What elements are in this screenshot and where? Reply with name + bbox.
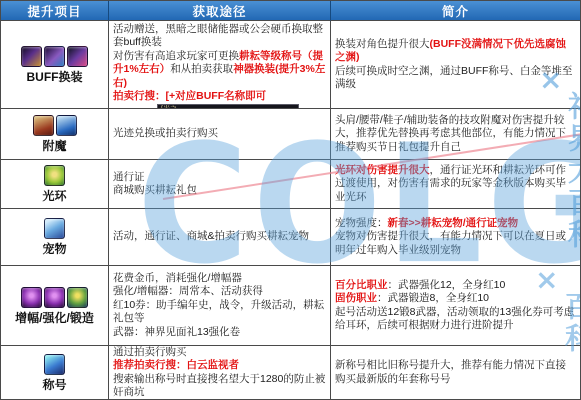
pet-item-cell: 宠物 [1,209,109,266]
upgrade-acq-line4: 武器：神界见面礼13强化卷 [113,326,326,339]
buff-label: BUFF换装 [27,71,83,84]
buff-acq-seg-c: 和从拍卖获取 [170,63,233,75]
buff-intro-seg-a: 换装对角色提升很大 [335,38,430,50]
pet-intro-seg-a: 宠物强度： [335,217,388,229]
buff-acquisition-cell: 活动赠送，黑暗之眼储能器或公会硬币换取整套buff换装 对伤害有高追求玩家可更换… [109,21,331,109]
aura-item-cell: 光环 [1,160,109,209]
enchant-intro-cell: 头肩/腰带/鞋子/辅助装备的技攻附魔对伤害提升较大，推荐优先替换再考虑其他部位，… [331,109,580,160]
upgrade-guide-table: 提升项目 获取途径 简介 BUFF换装 活动赠送，黑暗之眼储能器或公会硬币换取整… [0,0,581,400]
aura-acquisition-cell: 通行证 商城购买耕耘礼包 [109,160,331,209]
buff-outfit-icon-1 [21,46,42,67]
title-acq-line1: 通过拍卖行购买 [113,346,326,359]
upgrade-intro-seg-2a: 固伤职业 [335,292,377,304]
upgrade-icons [21,287,88,308]
row-enchant: 附魔 光迹兑换或拍卖行购买 头肩/腰带/鞋子/辅助装备的技攻附魔对伤害提升较大，… [1,109,580,160]
title-intro-cell: 新称号相比旧称号提升大，推荐有能力情况下直接购买最新版的年套称号号 [331,346,580,399]
upgrade-acq-line3: 红10券：助手编年史，战令，升级活动，耕耘礼包等 [113,299,326,326]
upgrade-intro-seg-2b: ：武器锻造8，全身红10 [377,292,489,304]
enchant-card-blue-icon [56,115,77,136]
aura-intro-cell: 光环对伤害提升很大，通行证光环和耕耘光环可作过渡使用，对伤害有需求的玩家等金秋版… [331,160,580,209]
upgrade-intro-seg-1b: ：武器强化12，全身红10 [388,279,506,291]
enchant-label: 附魔 [42,140,66,153]
header-intro-column: 简介 [331,1,580,21]
aura-intro-line1: 光环对伤害提升很大，通行证光环和耕耘光环可作过渡使用，对伤害有需求的玩家等金秋版… [335,164,576,204]
amplifier-orb-icon-1 [21,287,42,308]
pet-acquisition-cell: 活动，通行证、商城&拍卖行购买耕耘宠物 [109,209,331,266]
enchant-item-cell: 附魔 [1,109,109,160]
enchant-acq-line1: 光迹兑换或拍卖行购买 [113,127,326,140]
buff-outfit-icon-2 [44,46,65,67]
upgrade-intro-seg-1a: 百分比职业 [335,279,388,291]
buff-acq-search-tip: 拍卖行搜：[+对应BUFF名称即可 [113,90,326,103]
title-acq-line3: 搜索输出称号时直接搜名望大于1280的防止被奸商坑 [113,373,326,400]
row-title: 称号 通过拍卖行购买 推荐拍卖行搜：白云监视者 搜索输出称号时直接搜名望大于12… [1,346,580,399]
aura-acq-line1: 通行证 [113,171,326,184]
title-acq-line2: 推荐拍卖行搜：白云监视者 [113,359,326,372]
amplifier-orb-icon-2 [44,287,65,308]
buff-acq-seg-a: 对伤害有高追求玩家可更换 [113,50,239,62]
buff-intro-line1: 换装对角色提升很大(BUFF没满情况下优先选腐蚀之渊) [335,38,576,65]
pet-intro-seg-b: 新春>>耕耘宠物/通行证宠物 [388,217,519,229]
upgrade-acq-line1: 花费金币，消耗强化/增幅器 [113,272,326,285]
aura-icons [44,165,65,186]
title-intro-line1: 新称号相比旧称号提升大，推荐有能力情况下直接购买最新版的年套称号号 [335,359,576,386]
header-intro-label: 简介 [442,2,469,20]
aura-acq-line2: 商城购买耕耘礼包 [113,184,326,197]
title-acquisition-cell: 通过拍卖行购买 推荐拍卖行搜：白云监视者 搜索输出称号时直接搜名望大于1280的… [109,346,331,399]
upgrade-intro-cell: 百分比职业：武器强化12，全身红10 固伤职业：武器锻造8，全身红10 起号活动… [331,266,580,346]
buff-item-cell: BUFF换装 [1,21,109,109]
buff-icons [21,46,88,67]
aura-icon [44,165,65,186]
header-improvement-column: 提升项目 [1,1,109,21]
forge-orb-icon [67,287,88,308]
pet-acq-line1: 活动，通行证、商城&拍卖行购买耕耘宠物 [113,230,326,243]
pet-label: 宠物 [42,243,66,256]
row-aura: 光环 通行证 商城购买耕耘礼包 光环对伤害提升很大，通行证光环和耕耘光环可作过渡… [1,160,580,209]
pet-intro-cell: 宠物强度：新春>>耕耘宠物/通行证宠物 宠物对伤害提升很大，有能力情况下可以在夏… [331,209,580,266]
upgrade-intro-line1: 百分比职业：武器强化12，全身红10 [335,279,576,292]
title-badge-icon [44,354,65,375]
header-acquisition-column: 获取途径 [109,1,331,21]
upgrade-item-cell: 增幅/强化/锻造 [1,266,109,346]
enchant-intro-line1: 头肩/腰带/鞋子/辅助装备的技攻附魔对伤害提升较大，推荐优先替换再考虑其他部位，… [335,114,576,154]
aura-intro-seg-a: 光环对伤害提升很大 [335,164,430,176]
header-acquisition-label: 获取途径 [192,2,246,20]
title-item-cell: 称号 [1,346,109,399]
upgrade-intro-line2: 固伤职业：武器锻造8，全身红10 [335,292,576,305]
aura-label: 光环 [42,190,66,203]
buff-outfit-icon-3 [67,46,88,67]
enchant-card-red-icon [33,115,54,136]
header-improvement-label: 提升项目 [27,2,81,20]
upgrade-label: 增幅/强化/锻造 [15,312,94,325]
pet-intro-line2: 宠物对伤害提升很大，有能力情况下可以在夏日或明年过年购入毕业级别宠物 [335,230,576,257]
buff-intro-line2: 后续可换成时空之渊，通过BUFF称号、白金等堆至满级 [335,65,576,92]
row-upgrade: 增幅/强化/锻造 花费金币，消耗强化/增幅器 强化/增幅器：周常本、活动获得 红… [1,266,580,346]
pet-intro-line1: 宠物强度：新春>>耕耘宠物/通行证宠物 [335,217,576,230]
row-buff-outfit: BUFF换装 活动赠送，黑暗之眼储能器或公会硬币换取整套buff换装 对伤害有高… [1,21,580,109]
buff-intro-cell: 换装对角色提升很大(BUFF没满情况下优先选腐蚀之渊) 后续可换成时空之渊，通过… [331,21,580,109]
upgrade-acq-line2: 强化/增幅器：周常本、活动获得 [113,285,326,298]
enchant-acquisition-cell: 光迹兑换或拍卖行购买 [109,109,331,160]
pet-icon [44,218,65,239]
buff-acq-line2: 对伤害有高追求玩家可更换耕耘等级称号（提升1%左右）和从拍卖获取神器换装(提升3… [113,50,326,90]
title-label: 称号 [42,379,66,392]
buff-acq-line1: 活动赠送，黑暗之眼储能器或公会硬币换取整套buff换装 [113,23,326,50]
upgrade-acquisition-cell: 花费金币，消耗强化/增幅器 强化/增幅器：周常本、活动获得 红10券：助手编年史… [109,266,331,346]
pet-icons [44,218,65,239]
upgrade-intro-line3: 起号活动送12锻8武器，活动领取的13强化券可考虑给耳环，后续可根据财力进行进阶… [335,306,576,333]
enchant-icons [33,115,77,136]
table-header-row: 提升项目 获取途径 简介 [1,1,580,21]
title-icons [44,354,65,375]
row-pet: 宠物 活动，通行证、商城&拍卖行购买耕耘宠物 宠物强度：新春>>耕耘宠物/通行证… [1,209,580,266]
